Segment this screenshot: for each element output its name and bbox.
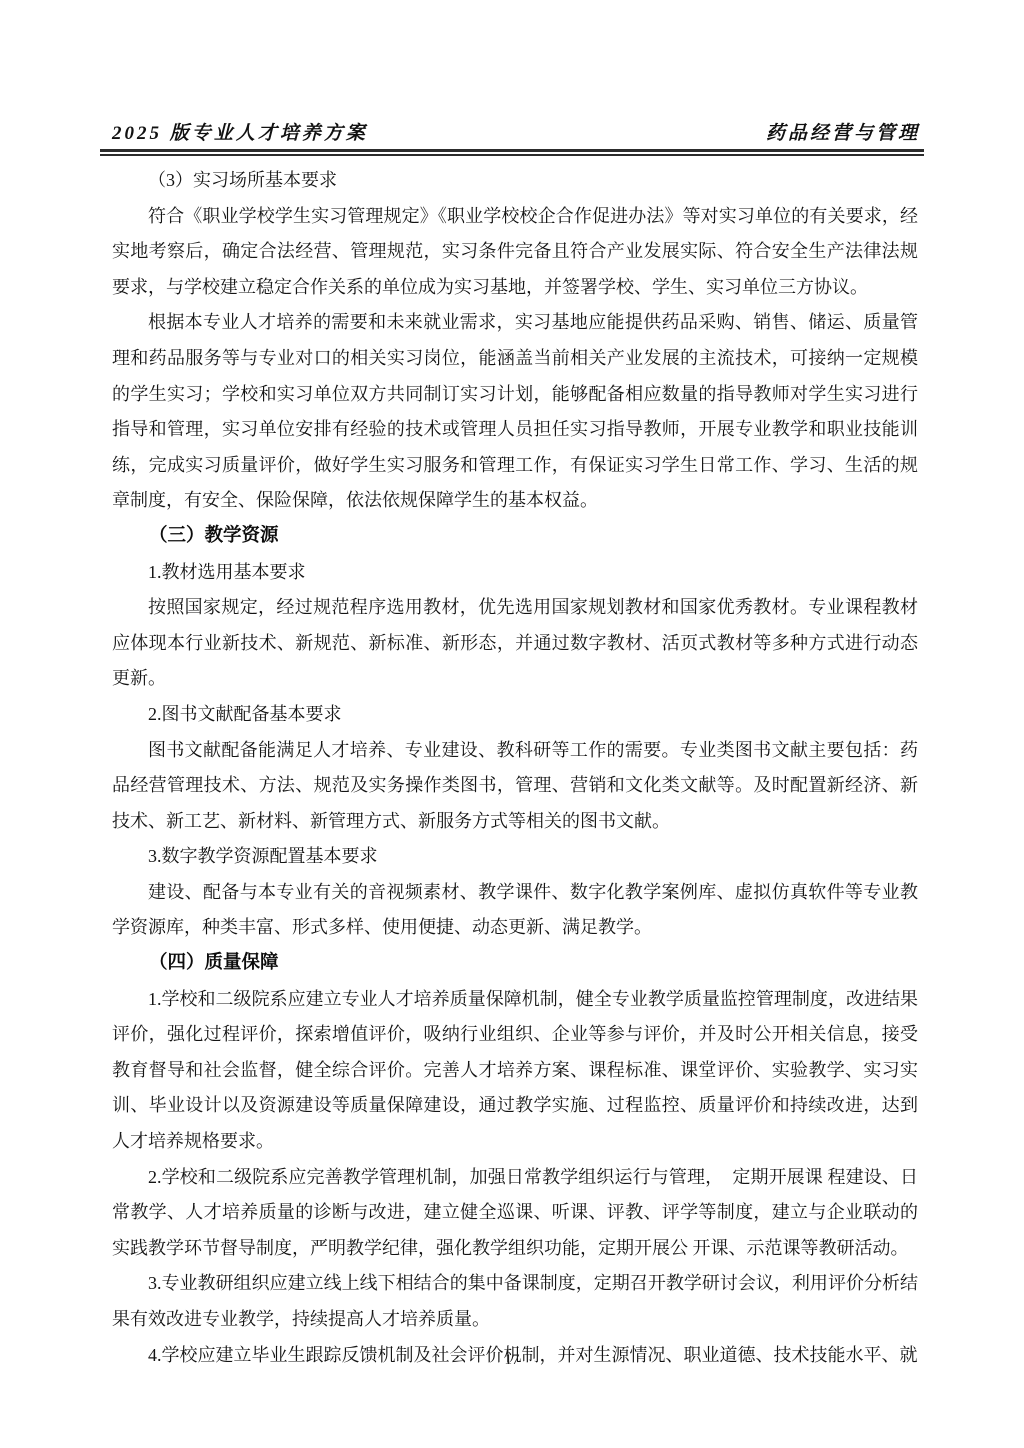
document-page: 2025 版专业人才培养方案 药品经营与管理 （3）实习场所基本要求符合《职业学… bbox=[0, 0, 1024, 1448]
paragraph: 1.学校和二级院系应建立专业人才培养质量保障机制，健全专业教学质量监控管理制度，… bbox=[112, 982, 918, 1160]
paragraph: 按照国家规定，经过规范程序选用教材，优先选用国家规划教材和国家优秀教材。专业课程… bbox=[112, 590, 918, 697]
paragraph: （3）实习场所基本要求 bbox=[112, 163, 918, 199]
paragraph: 1.教材选用基本要求 bbox=[112, 555, 918, 591]
section-heading: （四）质量保障 bbox=[112, 946, 918, 982]
paragraph: 符合《职业学校学生实习管理规定》《职业学校校企合作促进办法》等对实习单位的有关要… bbox=[112, 199, 918, 306]
header-left-title: 2025 版专业人才培养方案 bbox=[112, 118, 368, 145]
header-double-rule bbox=[100, 149, 924, 156]
header-right-title: 药品经营与管理 bbox=[766, 118, 920, 145]
paragraph: 根据本专业人才培养的需要和未来就业需求，实习基地应能提供药品采购、销售、储运、质… bbox=[112, 305, 918, 519]
paragraph: 3.专业教研组织应建立线上线下相结合的集中备课制度，定期召开教学研讨会议，利用评… bbox=[112, 1266, 918, 1337]
page-footer: 17 bbox=[0, 1352, 1024, 1369]
document-body: （3）实习场所基本要求符合《职业学校学生实习管理规定》《职业学校校企合作促进办法… bbox=[112, 163, 918, 1373]
paragraph: 3.数字教学资源配置基本要求 bbox=[112, 839, 918, 875]
paragraph: 2.图书文献配备基本要求 bbox=[112, 697, 918, 733]
paragraph: 2.学校和二级院系应完善教学管理机制，加强日常教学组织运行与管理， 定期开展课 … bbox=[112, 1160, 918, 1267]
paragraph: 建设、配备与本专业有关的音视频素材、教学课件、数字化教学案例库、虚拟仿真软件等专… bbox=[112, 875, 918, 946]
paragraph: 图书文献配备能满足人才培养、专业建设、教科研等工作的需要。专业类图书文献主要包括… bbox=[112, 733, 918, 840]
page-header: 2025 版专业人才培养方案 药品经营与管理 bbox=[112, 118, 920, 145]
page-number: 17 bbox=[505, 1352, 520, 1368]
section-heading: （三）教学资源 bbox=[112, 519, 918, 555]
